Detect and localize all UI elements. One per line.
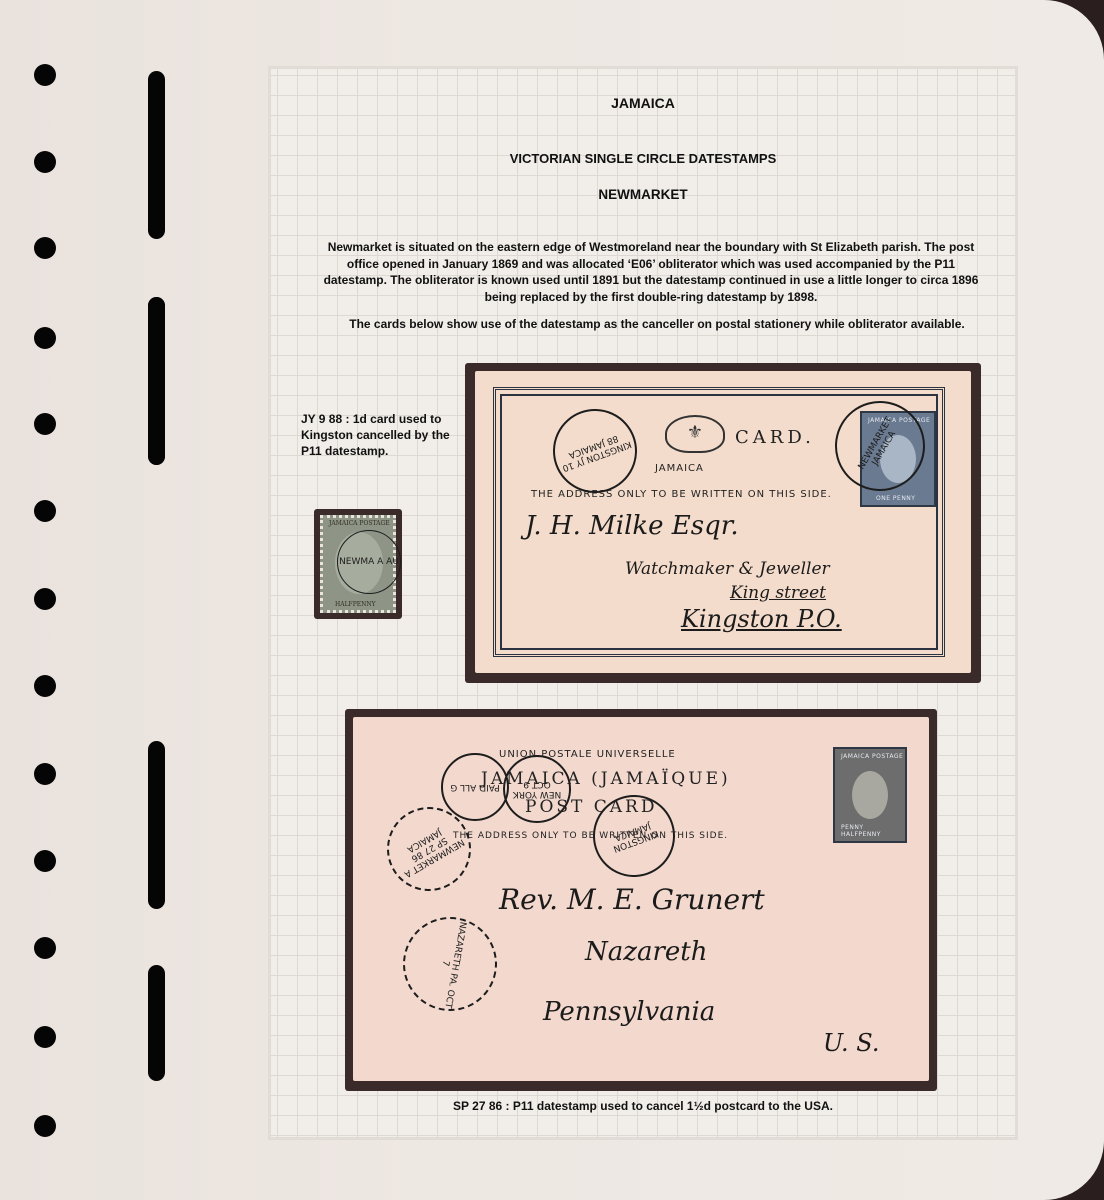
new-york-postmark: NEW YORK OCT 9 bbox=[503, 755, 571, 823]
card-subtitle: JAMAICA bbox=[655, 463, 704, 474]
item-1-caption: JY 9 88 : 1d card used to Kingston cance… bbox=[301, 411, 461, 459]
binder-hole bbox=[34, 413, 56, 435]
binder-hole bbox=[34, 937, 56, 959]
address-line: Nazareth bbox=[585, 937, 707, 967]
item-2-caption: SP 27 86 : P11 datestamp used to cancel … bbox=[271, 1099, 1015, 1113]
binder-hole bbox=[34, 1026, 56, 1048]
binder-hole bbox=[34, 763, 56, 785]
binder-slot bbox=[148, 965, 165, 1081]
address-line: Kingston P.O. bbox=[681, 605, 842, 633]
card-title: CARD. bbox=[735, 427, 815, 448]
queen-portrait bbox=[852, 771, 888, 819]
exhibit-sheet: JAMAICA VICTORIAN SINGLE CIRCLE DATESTAM… bbox=[268, 66, 1018, 1140]
binder-hole bbox=[34, 675, 56, 697]
section-heading: VICTORIAN SINGLE CIRCLE DATESTAMPS bbox=[271, 151, 1015, 166]
card-2: UNION POSTALE UNIVERSELLE JAMAICA (JAMAÏ… bbox=[353, 717, 929, 1081]
card-instruction: THE ADDRESS ONLY TO BE WRITTEN ON THIS S… bbox=[453, 831, 728, 841]
binder-hole bbox=[34, 327, 56, 349]
address-line: J. H. Milke Esqr. bbox=[525, 511, 739, 541]
address-line: King street bbox=[730, 583, 826, 603]
binder-slot bbox=[148, 71, 165, 239]
loose-stamp-mount: JAMAICA POSTAGE HALFPENNY NEWMA A AU bbox=[314, 509, 402, 619]
card-1: CARD. ⚜ JAMAICA THE ADDRESS ONLY TO BE W… bbox=[475, 371, 971, 673]
intro-paragraph: Newmarket is situated on the eastern edg… bbox=[321, 239, 981, 305]
binder-hole bbox=[34, 500, 56, 522]
paid-all-postmark: PAID ALL G bbox=[441, 753, 509, 821]
binder-hole bbox=[34, 1115, 56, 1137]
card-instruction: THE ADDRESS ONLY TO BE WRITTEN ON THIS S… bbox=[531, 489, 832, 500]
binder-hole bbox=[34, 237, 56, 259]
country-title: JAMAICA bbox=[271, 95, 1015, 111]
stamp-bottom-label: ONE PENNY bbox=[876, 495, 915, 502]
address-line: Pennsylvania bbox=[543, 997, 715, 1027]
card-2-mount: UNION POSTALE UNIVERSELLE JAMAICA (JAMAÏ… bbox=[345, 709, 937, 1091]
binder-hole bbox=[34, 64, 56, 86]
binder-hole bbox=[34, 151, 56, 173]
stamp-bottom-label: PENNY HALFPENNY bbox=[841, 824, 905, 838]
album-page: JAMAICA VICTORIAN SINGLE CIRCLE DATESTAM… bbox=[0, 0, 1104, 1200]
binder-slot bbox=[148, 297, 165, 465]
binder-hole bbox=[34, 588, 56, 610]
nazareth-postmark: NAZARETH PA. OCT 7 bbox=[396, 910, 505, 1019]
stamp-bottom-label: HALFPENNY bbox=[335, 601, 376, 608]
binder-hole bbox=[34, 850, 56, 872]
card-stamp-imprint: JAMAICA POSTAGE PENNY HALFPENNY bbox=[833, 747, 907, 843]
address-line: Watchmaker & Jeweller bbox=[625, 559, 830, 579]
stamp-top-label: JAMAICA POSTAGE bbox=[841, 753, 903, 760]
royal-arms-icon: ⚜ bbox=[665, 415, 725, 453]
loose-stamp: JAMAICA POSTAGE HALFPENNY NEWMA A AU bbox=[320, 515, 396, 613]
address-line: U. S. bbox=[823, 1029, 880, 1057]
stamp-top-label: JAMAICA POSTAGE bbox=[329, 520, 390, 527]
newmarket-postmark: NEWMA A AU bbox=[337, 530, 401, 594]
card-1-mount: CARD. ⚜ JAMAICA THE ADDRESS ONLY TO BE W… bbox=[465, 363, 981, 683]
address-line: Rev. M. E. Grunert bbox=[499, 883, 765, 916]
post-office-name: NEWMARKET bbox=[271, 187, 1015, 202]
cards-note: The cards below show use of the datestam… bbox=[321, 317, 993, 331]
binder-slot bbox=[148, 741, 165, 909]
